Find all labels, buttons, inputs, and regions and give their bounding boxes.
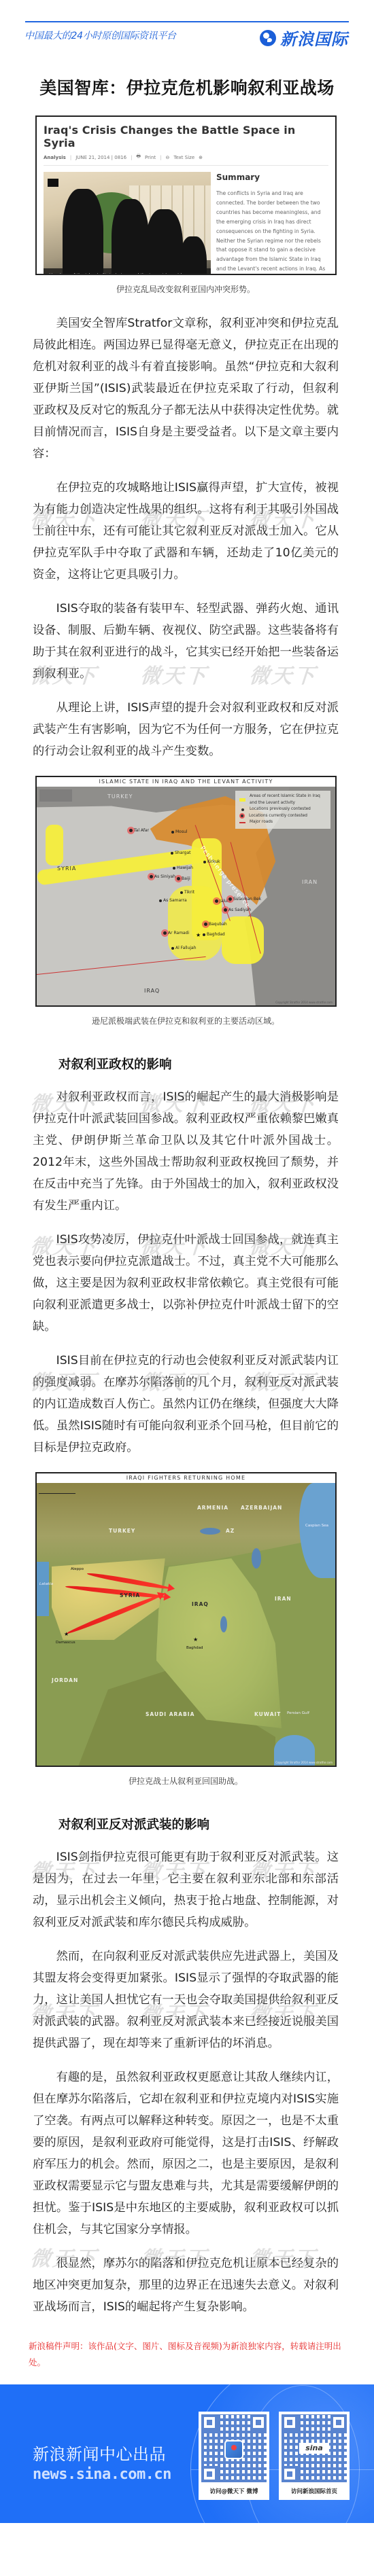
photo-figure xyxy=(63,189,103,275)
weibo-qr-code[interactable]: 访问@微天下 微博 xyxy=(199,2412,269,2500)
sina-logo-icon: sina xyxy=(299,2443,329,2454)
summary-heading: Summary xyxy=(216,173,328,182)
map-mediterranean-sea xyxy=(37,1562,49,1616)
map-lake xyxy=(220,1616,227,1632)
legend-label: Major roads xyxy=(250,819,273,826)
qr-finder xyxy=(282,2466,298,2482)
map-scale-bar xyxy=(39,1484,75,1494)
map-place: As Siniyah xyxy=(150,874,175,879)
qr-code-icon xyxy=(201,2414,267,2482)
legend-swatch xyxy=(239,798,245,802)
map-country-label: SYRIA xyxy=(120,1592,140,1598)
print-icon: 🖶 xyxy=(136,154,141,161)
paragraph: 美国安全智库Stratfor文章称，叙利亚冲突和伊拉克乱局彼此相连。两国边界已显… xyxy=(33,312,339,465)
qr-finder xyxy=(201,2414,218,2431)
article-screenshot-figure: Iraq's Crisis Changes the Battle Space i… xyxy=(35,115,337,275)
capital-star-icon: ★ xyxy=(196,932,201,938)
footer-url-link[interactable]: news.sina.com.cn xyxy=(33,2466,171,2483)
figure-caption: 伊拉克乱局改变叙利亚国内冲突形势。 xyxy=(33,283,339,295)
legend-label: Locations currently contested xyxy=(249,813,307,820)
map-place: Kirkuk xyxy=(203,859,220,864)
map-copyright: Copyright Stratfor 2014 www.stratfor.com xyxy=(275,1001,333,1004)
meta-date: JUNE 21, 2014 | 0816 xyxy=(75,155,126,160)
map-lake xyxy=(200,1528,220,1535)
photo-figure xyxy=(112,199,149,275)
map-place: Baghdad xyxy=(203,932,225,937)
legend-label: Locations previously contested xyxy=(250,806,311,813)
map-place: Ar Ramadi xyxy=(163,931,189,935)
photo-caption: Members of the Islamic State in Iraq and… xyxy=(44,268,211,275)
capital-star-icon: ★ xyxy=(193,1636,198,1643)
paragraph: 然而，在向叙利亚反对派武装供应先进武器上，美国及其盟友将会变得更加紧张。ISIS… xyxy=(33,1946,339,2054)
figure-caption: 伊拉克战士从叙利亚回国助战。 xyxy=(33,1775,339,1787)
text-size-decrease-icon: ⊖ xyxy=(166,155,170,160)
map-country-label: AZERBAIJAN xyxy=(241,1505,282,1511)
paragraph: 从理论上讲，ISIS声望的提升会对叙利亚政权和反对派武装产生有害影响，因为它不为… xyxy=(33,697,339,762)
text-size-increase-icon: ⊕ xyxy=(199,155,203,160)
map-isil-area xyxy=(46,825,63,865)
paragraph: 在伊拉克的攻城略地让ISIS赢得声望，扩大宣传，被视为有能力创造决定性战果的组织… xyxy=(33,477,339,586)
legend-label: Areas of recent Islamic State in Iraq an… xyxy=(250,793,326,806)
page-header: 中国最大的24小时原创国际资讯平台 新浪国际 xyxy=(0,0,374,62)
photo-flag xyxy=(48,179,58,187)
figure-divider xyxy=(44,165,328,166)
sina-international-qr-code[interactable]: sina 访问新浪国际首页 xyxy=(279,2412,350,2500)
meta-separator: | xyxy=(160,155,161,160)
map-region-turkey xyxy=(37,1483,335,1571)
brand-name: 新浪国际 xyxy=(280,26,348,50)
copyright-notice: 新浪稿件声明：该作品(文字、图片、图标及音视频)为新浪独家内容，转载请注明出处。 xyxy=(0,2318,374,2371)
map-place: Mosul xyxy=(171,829,187,834)
legend-ring-icon xyxy=(239,813,245,819)
qr-label: 访问新浪国际首页 xyxy=(282,2487,347,2495)
map-country-label: JORDAN xyxy=(52,1677,78,1683)
meta-separator: | xyxy=(70,155,71,160)
map-country-label: TURKEY xyxy=(109,1528,135,1534)
qr-label: 访问@微天下 微博 xyxy=(201,2487,267,2495)
map-water-label: Persian Gulf xyxy=(287,1711,309,1715)
legend-road-icon xyxy=(239,822,245,823)
article-body: 微天下 微天下 微天下 微天下 微天下 微天下 微天下 微天下 微天下 微天下 … xyxy=(0,115,374,2318)
map-country-label: KUWAIT xyxy=(254,1711,281,1717)
map-country-label: SYRIA xyxy=(57,865,76,872)
section-heading: 对叙利亚反对派武装的影响 xyxy=(58,1815,339,1833)
qr-code-icon: sina xyxy=(282,2414,347,2482)
brand-logo-link[interactable]: 新浪国际 xyxy=(260,26,348,50)
map-place: Tal Afar xyxy=(129,828,149,833)
paragraph: ISIS剑指伊拉克很可能更有助于叙利亚反对派武装。这是因为，在过去一年里，它主要… xyxy=(33,1846,339,1933)
map-city-label: Latakia xyxy=(39,1582,53,1586)
map-lake xyxy=(252,1548,261,1569)
map-country-label: TURKEY xyxy=(107,793,133,800)
footer-title: 新浪新闻中心出品 xyxy=(33,2441,166,2465)
map-country-label: SAUDI ARABIA xyxy=(146,1711,194,1717)
meta-separator: | xyxy=(131,155,132,160)
meta-category: Analysis xyxy=(44,155,66,160)
map-road xyxy=(37,956,206,975)
weibo-logo-icon xyxy=(224,2440,243,2459)
map-country-label: IRAN xyxy=(275,1596,292,1602)
figure-article-body: Members of the Islamic State in Iraq and… xyxy=(44,172,328,275)
paragraph: 很显然，摩苏尔的陷落和伊拉克危机让原本已经复杂的地区冲突更加复杂，那里的边界正在… xyxy=(33,2253,339,2318)
map-legend: Areas of recent Islamic State in Iraq an… xyxy=(235,791,330,829)
map-place: Baiji xyxy=(177,876,190,881)
map-country-label: IRAQ xyxy=(144,988,160,994)
paragraph: ISIS攻势凌厉，伊拉克什叶派战士回国参战，就连真主党也表示要向伊拉克派遣战士。… xyxy=(33,1229,339,1338)
legend-item: Locations previously contested xyxy=(239,806,326,813)
paragraph: 有趣的是，虽然叙利亚政权更愿意让其敌人继续内讧，但在摩苏尔陷落后，它却在叙利亚和… xyxy=(33,2067,339,2240)
meta-text-size: Text Size xyxy=(173,155,194,160)
sina-globe-logo-icon xyxy=(260,30,276,46)
legend-item: Major roads xyxy=(239,819,326,826)
isil-activity-map: ISLAMIC STATE IN IRAQ AND THE LEVANT ACT… xyxy=(35,776,337,1007)
figure-caption: 逊尼派极端武装在伊拉克和叙利亚的主要活动区域。 xyxy=(33,1015,339,1026)
figure-article-meta: Analysis | JUNE 21, 2014 | 0816 | 🖶 Prin… xyxy=(44,154,328,161)
iraqi-fighters-map: IRAQI FIGHTERS RETURNING HOME ARMENIA AZ… xyxy=(35,1472,337,1767)
photo-figure xyxy=(146,209,183,275)
map-place: As Samarra xyxy=(159,898,187,903)
map-water-label: Caspian Sea xyxy=(305,1524,328,1528)
map-copyright: Copyright Stratfor 2014 www.stratfor.com xyxy=(275,1761,333,1764)
map-place: Shargat xyxy=(171,851,191,855)
page-footer: 新浪新闻中心出品 news.sina.com.cn 访问@微天下 微博 sina… xyxy=(0,2384,374,2523)
capital-star-icon: ★ xyxy=(64,1631,69,1637)
header-divider xyxy=(25,21,349,22)
legend-item: Areas of recent Islamic State in Iraq an… xyxy=(239,793,326,806)
map-city-label: Aleppo xyxy=(71,1567,84,1571)
map-place: As Sadiyah xyxy=(224,908,251,912)
map-country-label: IRAN xyxy=(302,879,318,885)
legend-item: Locations currently contested xyxy=(239,813,326,820)
qr-finder xyxy=(330,2414,347,2431)
figure-article-title: Iraq's Crisis Changes the Battle Space i… xyxy=(44,124,328,149)
qr-finder xyxy=(282,2414,298,2431)
map-place: Al Fallujah xyxy=(171,946,197,950)
qr-finder xyxy=(250,2414,267,2431)
map-title: IRAQI FIGHTERS RETURNING HOME xyxy=(37,1473,335,1483)
paragraph: 对叙利亚政权而言，ISIS的崛起产生的最大消极影响是伊拉克什叶派武装回国参战。叙… xyxy=(33,1086,339,1217)
map-place: Baqubah xyxy=(204,922,227,927)
qr-finder xyxy=(201,2466,218,2482)
article-title: 美国智库：伊拉克危机影响叙利亚战场 xyxy=(0,75,374,99)
militants-photo: Members of the Islamic State in Iraq and… xyxy=(44,172,211,275)
summary-text: The conflicts in Syria and Iraq are conn… xyxy=(216,189,328,274)
map-place: Sulaiman Bek xyxy=(228,897,261,901)
legend-dot-icon xyxy=(241,808,244,811)
map-city-label: Baghdad xyxy=(186,1646,203,1650)
paragraph: ISIS夺取的装备有装甲车、轻型武器、弹药火炮、通讯设备、制服、后勤车辆、夜视仪… xyxy=(33,598,339,685)
map-scale-bar xyxy=(39,789,72,802)
map-caspian-sea xyxy=(299,1483,335,1578)
map-country-label: IRAQ xyxy=(192,1601,209,1607)
header-tagline: 中国最大的24小时原创国际资讯平台 xyxy=(24,29,176,42)
section-heading: 对叙利亚政权的影响 xyxy=(58,1055,339,1073)
map-country-label: ARMENIA xyxy=(197,1505,228,1511)
map-city-label: Damascus xyxy=(56,1641,75,1645)
map-title: ISLAMIC STATE IN IRAQ AND THE LEVANT ACT… xyxy=(37,777,335,787)
map-country-label: AZ xyxy=(226,1528,235,1534)
map-place: Tikrit xyxy=(180,890,194,895)
summary-box: Summary The conflicts in Syria and Iraq … xyxy=(216,172,328,275)
paragraph: ISIS目前在伊拉克的行动也会使叙利亚反对派武装内讧的强度减弱。在摩苏尔陷落前的… xyxy=(33,1350,339,1459)
map-place: Hawijah xyxy=(173,865,193,870)
meta-print: Print xyxy=(145,155,156,160)
